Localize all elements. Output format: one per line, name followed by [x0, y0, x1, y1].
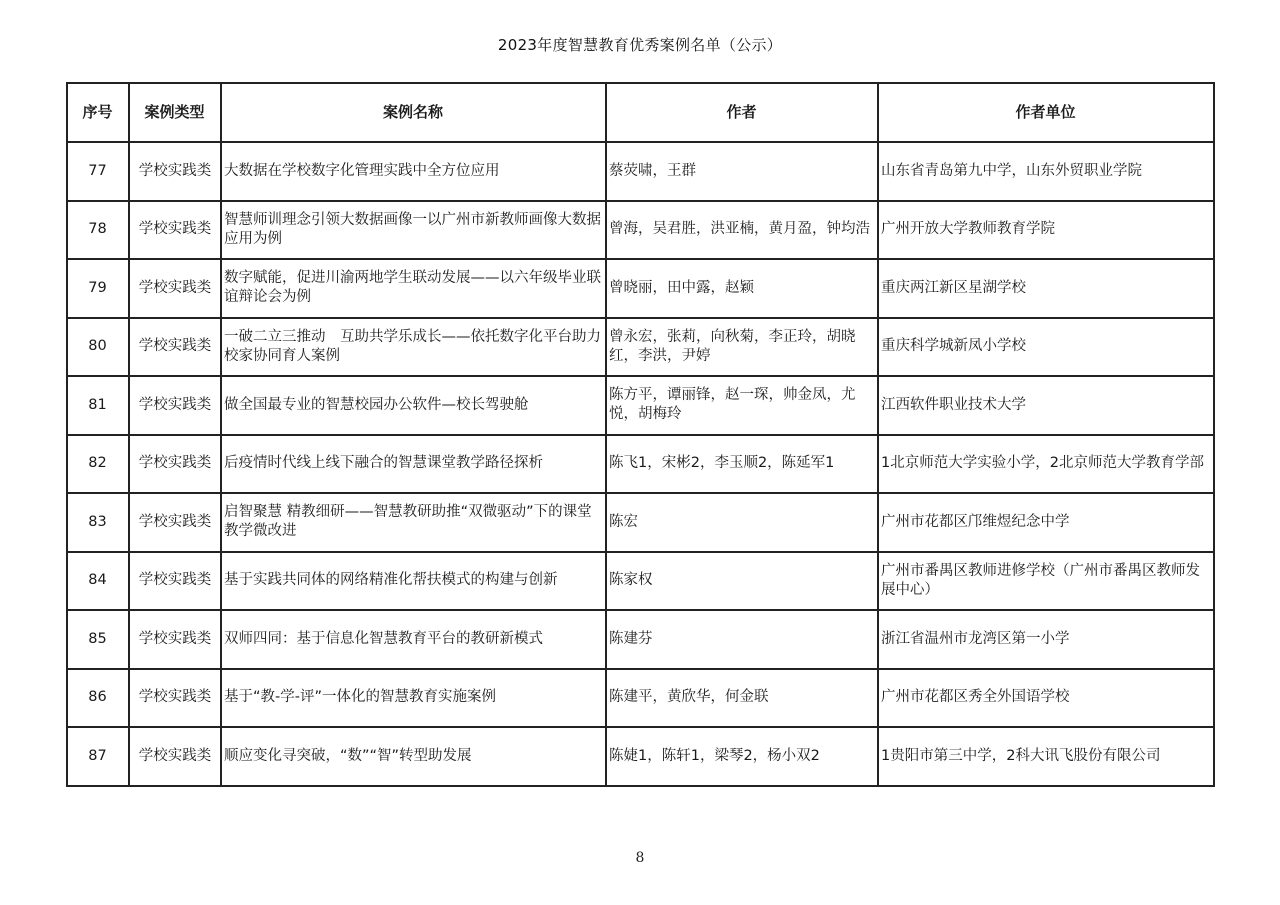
cell-case-name: 大数据在学校数字化管理实践中全方位应用	[221, 142, 606, 201]
cell-seq: 77	[67, 142, 129, 201]
cell-seq: 85	[67, 610, 129, 669]
table-row: 80 学校实践类 一破二立三推动 互助共学乐成长——依托数字化平台助力校家协同育…	[67, 318, 1214, 377]
cell-author-unit: 重庆科学城新凤小学校	[878, 318, 1214, 377]
case-list-table: 序号 案例类型 案例名称 作者 作者单位 77 学校实践类 大数据在学校数字化管…	[66, 82, 1215, 787]
cell-case-name: 基于实践共同体的网络精准化帮扶模式的构建与创新	[221, 552, 606, 611]
cell-case-type: 学校实践类	[129, 552, 221, 611]
cell-author-unit: 重庆两江新区星湖学校	[878, 259, 1214, 318]
cell-case-name: 一破二立三推动 互助共学乐成长——依托数字化平台助力校家协同育人案例	[221, 318, 606, 377]
cell-case-name: 启智聚慧 精教细研——智慧教研助推“双微驱动”下的课堂教学微改进	[221, 493, 606, 552]
table-row: 81 学校实践类 做全国最专业的智慧校园办公软件—校长驾驶舱 陈方平，谭丽锋，赵…	[67, 376, 1214, 435]
cell-case-type: 学校实践类	[129, 201, 221, 260]
cell-case-type: 学校实践类	[129, 727, 221, 786]
cell-author-unit: 1北京师范大学实验小学，2北京师范大学教育学部	[878, 435, 1214, 494]
cell-case-type: 学校实践类	[129, 669, 221, 728]
table-row: 84 学校实践类 基于实践共同体的网络精准化帮扶模式的构建与创新 陈家权 广州市…	[67, 552, 1214, 611]
cell-author: 曾海，吴君胜，洪亚楠，黄月盈，钟均浩	[606, 201, 878, 260]
cell-author-unit: 1贵阳市第三中学，2科大讯飞股份有限公司	[878, 727, 1214, 786]
cell-case-name: 基于“教-学-评”一体化的智慧教育实施案例	[221, 669, 606, 728]
page-number: 8	[0, 850, 1280, 866]
cell-author: 陈飞1，宋彬2，李玉顺2，陈延军1	[606, 435, 878, 494]
cell-author-unit: 广州市花都区秀全外国语学校	[878, 669, 1214, 728]
cell-author-unit: 广州开放大学教师教育学院	[878, 201, 1214, 260]
cell-author: 曾永宏，张莉，向秋菊，李正玲，胡晓红，李洪，尹婷	[606, 318, 878, 377]
header-author: 作者	[606, 83, 878, 142]
header-case-name: 案例名称	[221, 83, 606, 142]
table-row: 78 学校实践类 智慧师训理念引领大数据画像一以广州市新教师画像大数据应用为例 …	[67, 201, 1214, 260]
cell-seq: 87	[67, 727, 129, 786]
header-author-unit: 作者单位	[878, 83, 1214, 142]
cell-case-type: 学校实践类	[129, 259, 221, 318]
cell-case-type: 学校实践类	[129, 435, 221, 494]
table-row: 77 学校实践类 大数据在学校数字化管理实践中全方位应用 蔡荧啸，王群 山东省青…	[67, 142, 1214, 201]
table-row: 82 学校实践类 后疫情时代线上线下融合的智慧课堂教学路径探析 陈飞1，宋彬2，…	[67, 435, 1214, 494]
cell-case-name: 顺应变化寻突破，“数”“智”转型助发展	[221, 727, 606, 786]
header-case-type: 案例类型	[129, 83, 221, 142]
document-title: 2023年度智慧教育优秀案例名单（公示）	[0, 34, 1280, 55]
cell-seq: 86	[67, 669, 129, 728]
cell-case-name: 双师四同：基于信息化智慧教育平台的教研新模式	[221, 610, 606, 669]
cell-author-unit: 山东省青岛第九中学，山东外贸职业学院	[878, 142, 1214, 201]
cell-author: 蔡荧啸，王群	[606, 142, 878, 201]
table-row: 85 学校实践类 双师四同：基于信息化智慧教育平台的教研新模式 陈建芬 浙江省温…	[67, 610, 1214, 669]
cell-author: 陈家权	[606, 552, 878, 611]
cell-seq: 84	[67, 552, 129, 611]
cell-case-name: 后疫情时代线上线下融合的智慧课堂教学路径探析	[221, 435, 606, 494]
cell-author: 陈宏	[606, 493, 878, 552]
cell-case-type: 学校实践类	[129, 142, 221, 201]
table-row: 86 学校实践类 基于“教-学-评”一体化的智慧教育实施案例 陈建平，黄欣华，何…	[67, 669, 1214, 728]
cell-author-unit: 广州市花都区邝维煜纪念中学	[878, 493, 1214, 552]
cell-author-unit: 江西软件职业技术大学	[878, 376, 1214, 435]
cell-case-name: 做全国最专业的智慧校园办公软件—校长驾驶舱	[221, 376, 606, 435]
cell-author: 陈建芬	[606, 610, 878, 669]
cell-case-name: 智慧师训理念引领大数据画像一以广州市新教师画像大数据应用为例	[221, 201, 606, 260]
cell-seq: 83	[67, 493, 129, 552]
cell-author: 陈方平，谭丽锋，赵一琛，帅金凤，尤悦，胡梅玲	[606, 376, 878, 435]
case-list-table-container: 序号 案例类型 案例名称 作者 作者单位 77 学校实践类 大数据在学校数字化管…	[66, 82, 1215, 787]
cell-seq: 79	[67, 259, 129, 318]
table-row: 87 学校实践类 顺应变化寻突破，“数”“智”转型助发展 陈婕1，陈轩1，梁琴2…	[67, 727, 1214, 786]
cell-case-type: 学校实践类	[129, 376, 221, 435]
cell-author: 陈建平，黄欣华，何金联	[606, 669, 878, 728]
table-header-row: 序号 案例类型 案例名称 作者 作者单位	[67, 83, 1214, 142]
cell-case-name: 数字赋能，促进川渝两地学生联动发展——以六年级毕业联谊辩论会为例	[221, 259, 606, 318]
cell-author-unit: 浙江省温州市龙湾区第一小学	[878, 610, 1214, 669]
cell-author: 陈婕1，陈轩1，梁琴2，杨小双2	[606, 727, 878, 786]
header-seq: 序号	[67, 83, 129, 142]
table-row: 79 学校实践类 数字赋能，促进川渝两地学生联动发展——以六年级毕业联谊辩论会为…	[67, 259, 1214, 318]
cell-author-unit: 广州市番禺区教师进修学校（广州市番禺区教师发展中心）	[878, 552, 1214, 611]
cell-case-type: 学校实践类	[129, 610, 221, 669]
cell-seq: 80	[67, 318, 129, 377]
table-row: 83 学校实践类 启智聚慧 精教细研——智慧教研助推“双微驱动”下的课堂教学微改…	[67, 493, 1214, 552]
cell-seq: 81	[67, 376, 129, 435]
cell-case-type: 学校实践类	[129, 318, 221, 377]
cell-seq: 78	[67, 201, 129, 260]
cell-author: 曾晓丽，田中露，赵颖	[606, 259, 878, 318]
cell-seq: 82	[67, 435, 129, 494]
cell-case-type: 学校实践类	[129, 493, 221, 552]
